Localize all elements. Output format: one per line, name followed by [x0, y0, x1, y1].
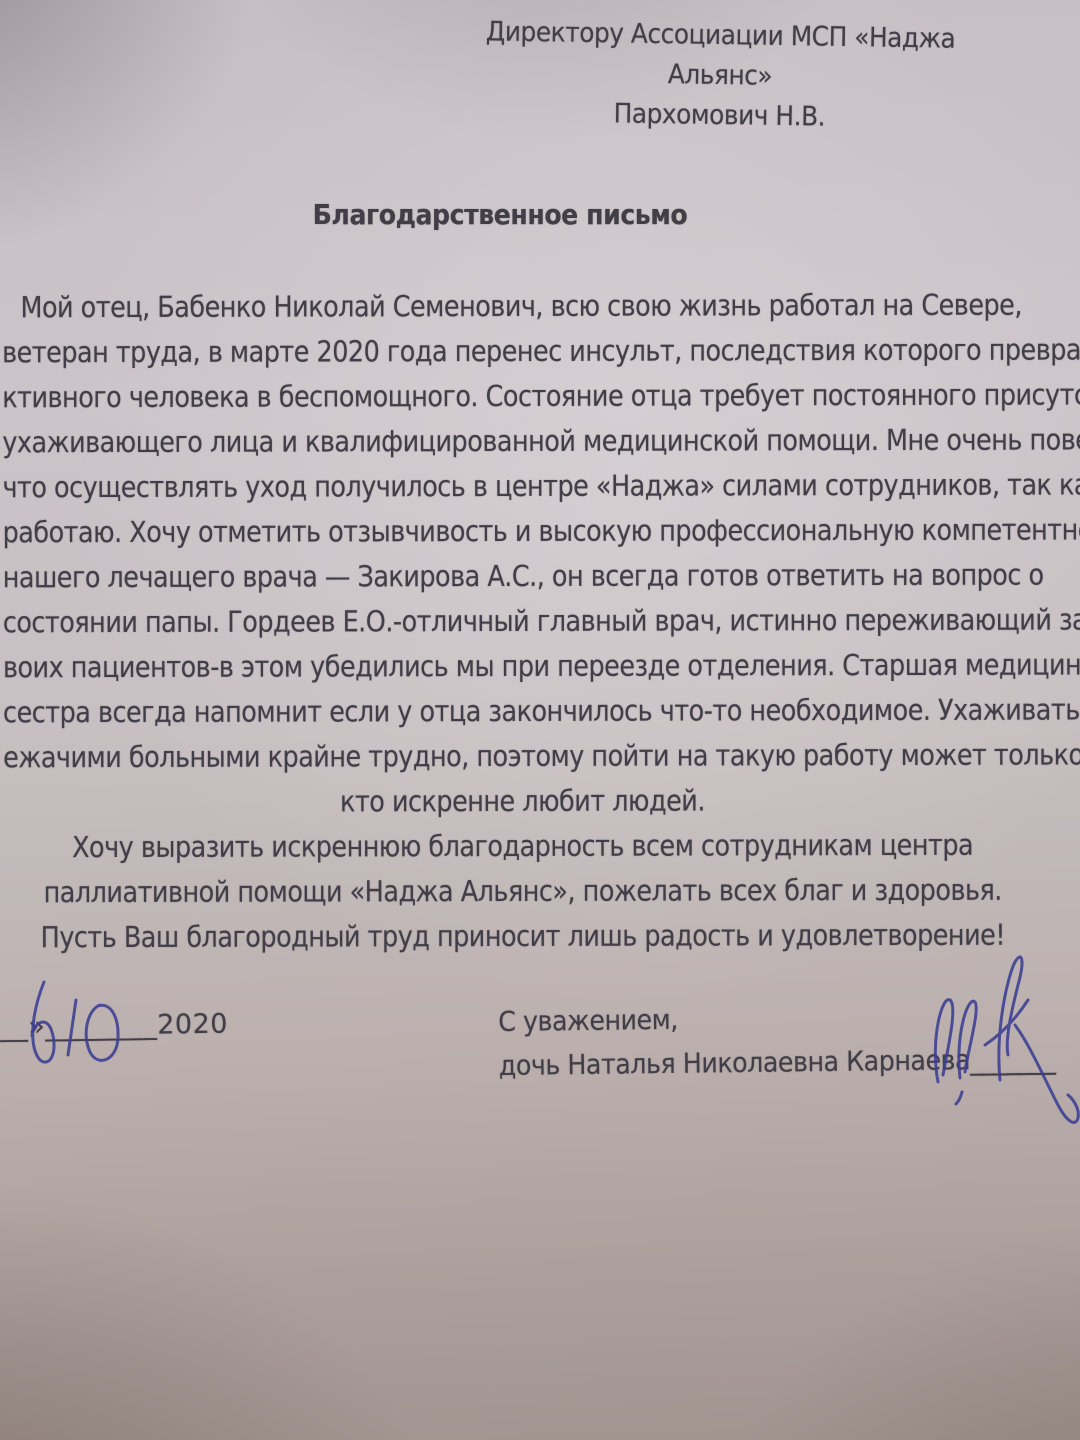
handwritten-month-digit-1	[68, 1000, 76, 1055]
handwritten-signature	[880, 935, 1080, 1150]
body-line: воих пациентов-в этом убедились мы при п…	[3, 643, 1042, 691]
recipient-block: Директору Ассоциации МСП «Наджа Альянс» …	[461, 12, 978, 140]
body-line: ежачими больными крайне трудно, поэтому …	[3, 733, 1042, 781]
recipient-line-2: Пархомович Н.В.	[461, 92, 977, 140]
body-line: Мой отец, Бабенко Николай Семенович, всю…	[2, 283, 1041, 331]
body-line: Хочу выразить искреннюю благодарность вс…	[3, 823, 1042, 871]
body-line: нашего лечащего врача — Закирова А.С., о…	[3, 553, 1042, 601]
body-line: ухаживающего лица и квалифицированной ме…	[2, 418, 1041, 466]
handwritten-date-digits	[0, 958, 230, 1088]
body-line: ветеран труда, в марте 2020 года перенес…	[2, 328, 1041, 376]
body-line: что осуществлять уход получилось в центр…	[2, 463, 1041, 511]
letter-body: Мой отец, Бабенко Николай Семенович, всю…	[0, 282, 1080, 960]
letter-page: Директору Ассоциации МСП «Наджа Альянс» …	[0, 0, 1080, 1440]
letter-title: Благодарственное письмо	[50, 198, 950, 231]
recipient-line-1: Директору Ассоциации МСП «Наджа Альянс»	[462, 12, 978, 100]
handwritten-day-digit	[32, 982, 54, 1062]
body-line: сестра всегда напомнит если у отца закон…	[3, 688, 1042, 736]
handwritten-month-digit-0	[86, 1005, 118, 1060]
body-line: паллиативной помощи «Наджа Альянс», поже…	[3, 868, 1042, 916]
body-line: ктивного человека в беспомощного. Состоя…	[2, 373, 1041, 421]
body-line: работаю. Хочу отметить отзывчивость и вы…	[3, 508, 1042, 556]
body-line: состоянии папы. Гордеев Е.О.-отличный гл…	[3, 598, 1042, 646]
body-line: кто искренне любит людей.	[3, 778, 1042, 826]
